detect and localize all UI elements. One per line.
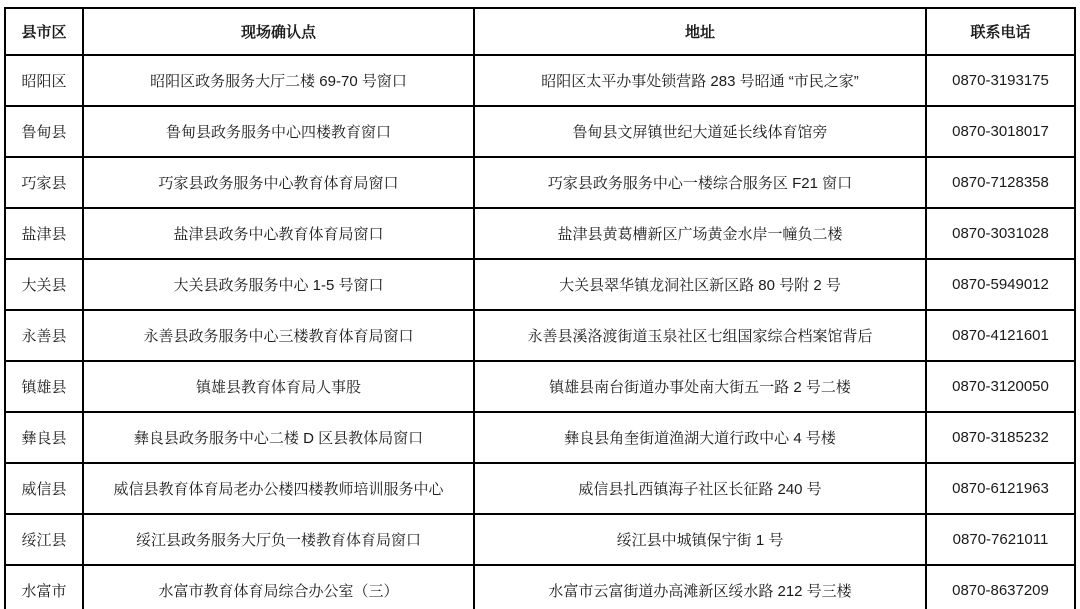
table-row: 水富市水富市教育体育局综合办公室（三）水富市云富街道办高滩新区绥水路 212 号… xyxy=(5,565,1075,609)
confirmation-point-cell: 水富市教育体育局综合办公室（三） xyxy=(83,565,474,609)
phone-cell: 0870-3018017 xyxy=(926,106,1075,157)
address-cell: 彝良县角奎街道渔湖大道行政中心 4 号楼 xyxy=(474,412,926,463)
district-cell: 彝良县 xyxy=(5,412,83,463)
header-confirmation-point: 现场确认点 xyxy=(83,8,474,55)
address-cell: 盐津县黄葛槽新区广场黄金水岸一幢负二楼 xyxy=(474,208,926,259)
confirmation-point-cell: 绥江县政务服务大厅负一楼教育体育局窗口 xyxy=(83,514,474,565)
district-cell: 永善县 xyxy=(5,310,83,361)
confirmation-point-cell: 威信县教育体育局老办公楼四楼教师培训服务中心 xyxy=(83,463,474,514)
phone-cell: 0870-8637209 xyxy=(926,565,1075,609)
header-address: 地址 xyxy=(474,8,926,55)
table-body: 昭阳区昭阳区政务服务大厅二楼 69-70 号窗口昭阳区太平办事处锁营路 283 … xyxy=(5,55,1075,609)
confirmation-point-cell: 昭阳区政务服务大厅二楼 69-70 号窗口 xyxy=(83,55,474,106)
district-cell: 威信县 xyxy=(5,463,83,514)
phone-cell: 0870-7621011 xyxy=(926,514,1075,565)
phone-cell: 0870-3185232 xyxy=(926,412,1075,463)
address-cell: 镇雄县南台街道办事处南大街五一路 2 号二楼 xyxy=(474,361,926,412)
address-cell: 威信县扎西镇海子社区长征路 240 号 xyxy=(474,463,926,514)
table-row: 大关县大关县政务服务中心 1-5 号窗口大关县翠华镇龙洞社区新区路 80 号附 … xyxy=(5,259,1075,310)
confirmation-points-table: 县市区 现场确认点 地址 联系电话 昭阳区昭阳区政务服务大厅二楼 69-70 号… xyxy=(4,7,1076,609)
confirmation-point-cell: 巧家县政务服务中心教育体育局窗口 xyxy=(83,157,474,208)
phone-cell: 0870-6121963 xyxy=(926,463,1075,514)
header-district: 县市区 xyxy=(5,8,83,55)
district-cell: 镇雄县 xyxy=(5,361,83,412)
district-cell: 鲁甸县 xyxy=(5,106,83,157)
district-cell: 绥江县 xyxy=(5,514,83,565)
table-row: 绥江县绥江县政务服务大厅负一楼教育体育局窗口绥江县中城镇保宁街 1 号0870-… xyxy=(5,514,1075,565)
table-row: 盐津县盐津县政务中心教育体育局窗口盐津县黄葛槽新区广场黄金水岸一幢负二楼0870… xyxy=(5,208,1075,259)
header-phone: 联系电话 xyxy=(926,8,1075,55)
table-row: 威信县威信县教育体育局老办公楼四楼教师培训服务中心威信县扎西镇海子社区长征路 2… xyxy=(5,463,1075,514)
address-cell: 水富市云富街道办高滩新区绥水路 212 号三楼 xyxy=(474,565,926,609)
district-cell: 巧家县 xyxy=(5,157,83,208)
table-row: 巧家县巧家县政务服务中心教育体育局窗口巧家县政务服务中心一楼综合服务区 F21 … xyxy=(5,157,1075,208)
address-cell: 鲁甸县文屏镇世纪大道延长线体育馆旁 xyxy=(474,106,926,157)
address-cell: 巧家县政务服务中心一楼综合服务区 F21 窗口 xyxy=(474,157,926,208)
document-page: 县市区 现场确认点 地址 联系电话 昭阳区昭阳区政务服务大厅二楼 69-70 号… xyxy=(0,0,1080,609)
confirmation-point-cell: 盐津县政务中心教育体育局窗口 xyxy=(83,208,474,259)
address-cell: 昭阳区太平办事处锁营路 283 号昭通 “市民之家” xyxy=(474,55,926,106)
confirmation-point-cell: 镇雄县教育体育局人事股 xyxy=(83,361,474,412)
address-cell: 永善县溪洛渡街道玉泉社区七组国家综合档案馆背后 xyxy=(474,310,926,361)
address-cell: 绥江县中城镇保宁街 1 号 xyxy=(474,514,926,565)
table-row: 鲁甸县鲁甸县政务服务中心四楼教育窗口鲁甸县文屏镇世纪大道延长线体育馆旁0870-… xyxy=(5,106,1075,157)
table-header-row: 县市区 现场确认点 地址 联系电话 xyxy=(5,8,1075,55)
district-cell: 昭阳区 xyxy=(5,55,83,106)
phone-cell: 0870-4121601 xyxy=(926,310,1075,361)
phone-cell: 0870-3031028 xyxy=(926,208,1075,259)
table-row: 昭阳区昭阳区政务服务大厅二楼 69-70 号窗口昭阳区太平办事处锁营路 283 … xyxy=(5,55,1075,106)
table-row: 永善县永善县政务服务中心三楼教育体育局窗口永善县溪洛渡街道玉泉社区七组国家综合档… xyxy=(5,310,1075,361)
phone-cell: 0870-3193175 xyxy=(926,55,1075,106)
table-row: 镇雄县镇雄县教育体育局人事股镇雄县南台街道办事处南大街五一路 2 号二楼0870… xyxy=(5,361,1075,412)
district-cell: 盐津县 xyxy=(5,208,83,259)
phone-cell: 0870-7128358 xyxy=(926,157,1075,208)
phone-cell: 0870-3120050 xyxy=(926,361,1075,412)
district-cell: 大关县 xyxy=(5,259,83,310)
confirmation-point-cell: 永善县政务服务中心三楼教育体育局窗口 xyxy=(83,310,474,361)
address-cell: 大关县翠华镇龙洞社区新区路 80 号附 2 号 xyxy=(474,259,926,310)
district-cell: 水富市 xyxy=(5,565,83,609)
phone-cell: 0870-5949012 xyxy=(926,259,1075,310)
confirmation-point-cell: 大关县政务服务中心 1-5 号窗口 xyxy=(83,259,474,310)
confirmation-point-cell: 鲁甸县政务服务中心四楼教育窗口 xyxy=(83,106,474,157)
confirmation-point-cell: 彝良县政务服务中心二楼 D 区县教体局窗口 xyxy=(83,412,474,463)
table-row: 彝良县彝良县政务服务中心二楼 D 区县教体局窗口彝良县角奎街道渔湖大道行政中心 … xyxy=(5,412,1075,463)
